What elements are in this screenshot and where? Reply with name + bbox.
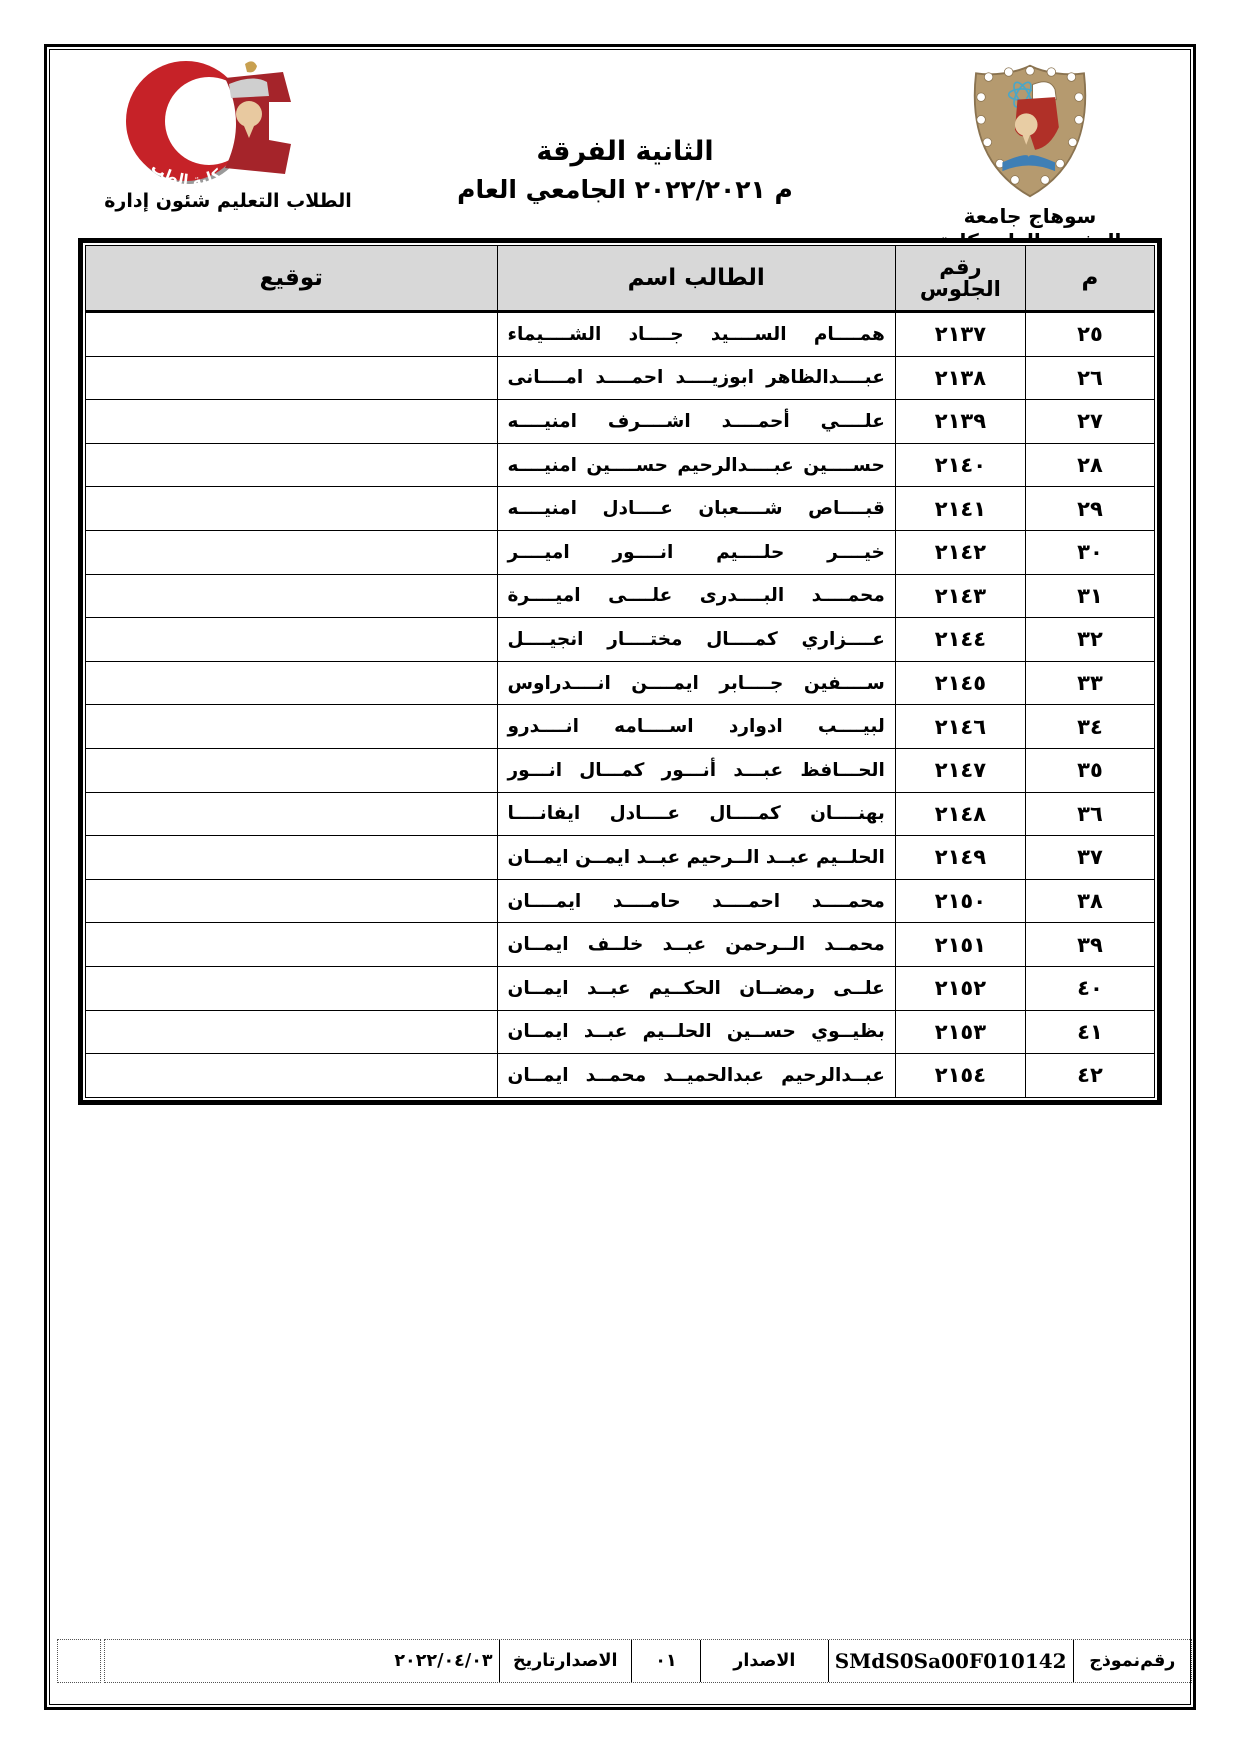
index-cell: ٣٧ <box>1025 836 1154 880</box>
student-name: ايفانــــا عــــادل كمــــال بهنــــان <box>499 803 894 824</box>
student-name-cell: امنيــــه حســــين عبــــدالرحيم حســــي… <box>497 443 895 487</box>
index-cell: ٣٤ <box>1025 705 1154 749</box>
issue-date-label: تاريخ الاصدار <box>499 1640 631 1682</box>
seat-number-cell: ٢١٤٦ <box>895 705 1025 749</box>
issue-date-value: ٢٠٢٢/٠٤/٠٣ <box>105 1640 499 1682</box>
version-label: الاصدار <box>700 1640 828 1682</box>
form-number-label: نموذج رقم <box>1073 1640 1191 1682</box>
index-cell: ٤١ <box>1025 1010 1154 1054</box>
index-cell: ٢٧ <box>1025 400 1154 444</box>
table-row: انجيــــل مختــــار كمــــال عــــزاري٢١… <box>86 618 1155 662</box>
student-name-cell: الشــــيماء جــــاد الســــيد همــــام <box>497 312 895 357</box>
university-shield-logo <box>966 62 1094 200</box>
index-cell: ٢٨ <box>1025 443 1154 487</box>
table-row: ايمــان ايمــن عبــد الــرحيم عبــد الحل… <box>86 836 1155 880</box>
index-cell: ٣٨ <box>1025 879 1154 923</box>
table-row: اميــــرة علــــى البــــدرى محمــــد٢١٤… <box>86 574 1155 618</box>
academic-year: العام الجامعي ٢٠٢٢/٢٠٢١ م <box>420 175 830 204</box>
seat-number-cell: ٢١٥٣ <box>895 1010 1025 1054</box>
signature-cell <box>86 748 498 792</box>
form-code: SMdS0Sa00F010142 <box>828 1640 1073 1682</box>
signature-cell <box>86 836 498 880</box>
table-row: امــــانى احمــــد ابوزيــــد عبــــدالظ… <box>86 356 1155 400</box>
student-name-cell: ايمــان عبــد الحكــيم رمضــان علــى <box>497 966 895 1010</box>
student-table-frame: توقيع اسم الطالب رقم الجلوس م الشــــيما… <box>78 238 1162 1105</box>
student-name: انـــور كمـــال أنـــور عبـــد الحـــافظ <box>499 760 894 781</box>
index-cell: ٤٠ <box>1025 966 1154 1010</box>
student-name-cell: انـــور كمـــال أنـــور عبـــد الحـــافظ <box>497 748 895 792</box>
seat-number-cell: ٢١٣٩ <box>895 400 1025 444</box>
student-name-cell: انــــدرو اســــامه ادوارد لبيــــب <box>497 705 895 749</box>
seat-number-cell: ٢١٥٠ <box>895 879 1025 923</box>
student-name-cell: ايمــان خلــف عبــد الــرحمن محمــد <box>497 923 895 967</box>
seat-number-cell: ٢١٤٣ <box>895 574 1025 618</box>
student-name: اميــــر انــــور حلــــيم خيــــر <box>499 542 894 563</box>
table-row: امنيــــه اشــــرف أحمــــد علــــي٢١٣٩٢… <box>86 400 1155 444</box>
seat-number-cell: ٢١٣٧ <box>895 312 1025 357</box>
signature-cell <box>86 530 498 574</box>
table-row: ايمــــان حامــــد احمــــد محمــــد٢١٥٠… <box>86 879 1155 923</box>
seat-number-cell: ٢١٥١ <box>895 923 1025 967</box>
header-title-block: الفرقة الثانية العام الجامعي ٢٠٢٢/٢٠٢١ م <box>420 136 830 204</box>
signature-cell <box>86 792 498 836</box>
student-name: انــــدراوس ايمــــن جــــابر ســــفين <box>499 673 894 694</box>
index-cell: ٢٥ <box>1025 312 1154 357</box>
table-row: الشــــيماء جــــاد الســــيد همــــام٢١… <box>86 312 1155 357</box>
index-cell: ٢٦ <box>1025 356 1154 400</box>
seat-number-cell: ٢١٥٤ <box>895 1054 1025 1098</box>
index-column-header: م <box>1025 246 1154 312</box>
seat-number-cell: ٢١٥٢ <box>895 966 1025 1010</box>
header-university-block: جامعة سوهاج كلية الطب البشرى <box>920 62 1140 254</box>
table-row: ايمــان عبــد الحكــيم رمضــان علــى٢١٥٢… <box>86 966 1155 1010</box>
student-name-cell: انــــدراوس ايمــــن جــــابر ســــفين <box>497 661 895 705</box>
table-row: انــــدرو اســــامه ادوارد لبيــــب٢١٤٦٣… <box>86 705 1155 749</box>
table-row: امنيــــه حســــين عبــــدالرحيم حســــي… <box>86 443 1155 487</box>
student-name: انجيــــل مختــــار كمــــال عــــزاري <box>499 629 894 650</box>
table-row: اميــــر انــــور حلــــيم خيــــر٢١٤٢٣٠ <box>86 530 1155 574</box>
student-table-body: الشــــيماء جــــاد الســــيد همــــام٢١… <box>86 312 1155 1098</box>
student-name-cell: ايمــان محمــد عبدالحميــد عبــدالرحيم <box>497 1054 895 1098</box>
student-name: ايمــان عبــد الحلــيم حســين بظيــوي <box>499 1021 894 1042</box>
signature-cell <box>86 574 498 618</box>
signature-cell <box>86 400 498 444</box>
student-name: امــــانى احمــــد ابوزيــــد عبــــدالظ… <box>499 367 894 388</box>
seat-number-cell: ٢١٤١ <box>895 487 1025 531</box>
seat-number-cell: ٢١٣٨ <box>895 356 1025 400</box>
signature-column-header: توقيع <box>86 246 498 312</box>
seat-number-cell: ٢١٤٨ <box>895 792 1025 836</box>
seat-number-cell: ٢١٤٠ <box>895 443 1025 487</box>
signature-cell <box>86 356 498 400</box>
footer-form-strip: ٢٠٢٢/٠٤/٠٣ تاريخ الاصدار ٠١ الاصدار SMdS… <box>104 1639 1192 1683</box>
signature-cell <box>86 966 498 1010</box>
table-row: ايفانــــا عــــادل كمــــال بهنــــان٢١… <box>86 792 1155 836</box>
student-name: امنيــــه حســــين عبــــدالرحيم حســــي… <box>499 455 894 476</box>
student-name: اميــــرة علــــى البــــدرى محمــــد <box>499 585 894 606</box>
table-row: انـــور كمـــال أنـــور عبـــد الحـــافظ… <box>86 748 1155 792</box>
table-row: ايمــان محمــد عبدالحميــد عبــدالرحيم٢١… <box>86 1054 1155 1098</box>
signature-cell <box>86 661 498 705</box>
signature-cell <box>86 443 498 487</box>
student-name: ايمــان محمــد عبدالحميــد عبــدالرحيم <box>499 1065 894 1086</box>
table-header-row: توقيع اسم الطالب رقم الجلوس م <box>86 246 1155 312</box>
student-name-cell: اميــــر انــــور حلــــيم خيــــر <box>497 530 895 574</box>
version-value: ٠١ <box>631 1640 700 1682</box>
footer-empty-box <box>57 1639 101 1683</box>
student-name-cell: امنيــــه عــــادل شــــعبان قبــــاص <box>497 487 895 531</box>
faculty-crescent-logo: جامعة سوهاج كلية الطب <box>97 56 359 184</box>
index-cell: ٣٥ <box>1025 748 1154 792</box>
student-name: ايمــان ايمــن عبــد الــرحيم عبــد الحل… <box>499 847 894 868</box>
student-name-cell: ايمــــان حامــــد احمــــد محمــــد <box>497 879 895 923</box>
index-cell: ٣٩ <box>1025 923 1154 967</box>
seat-number-cell: ٢١٤٢ <box>895 530 1025 574</box>
signature-cell <box>86 1010 498 1054</box>
student-name-cell: ايفانــــا عــــادل كمــــال بهنــــان <box>497 792 895 836</box>
student-name-cell: اميــــرة علــــى البــــدرى محمــــد <box>497 574 895 618</box>
index-cell: ٣١ <box>1025 574 1154 618</box>
seat-number-cell: ٢١٤٥ <box>895 661 1025 705</box>
student-name-cell: انجيــــل مختــــار كمــــال عــــزاري <box>497 618 895 662</box>
signature-cell <box>86 879 498 923</box>
index-cell: ٤٢ <box>1025 1054 1154 1098</box>
department-caption: إدارة شئون التعليم الطلاب <box>88 190 368 212</box>
student-name: امنيــــه عــــادل شــــعبان قبــــاص <box>499 498 894 519</box>
index-cell: ٣٣ <box>1025 661 1154 705</box>
student-name: الشــــيماء جــــاد الســــيد همــــام <box>499 324 894 345</box>
student-name: انــــدرو اســــامه ادوارد لبيــــب <box>499 716 894 737</box>
student-name-cell: ايمــان عبــد الحلــيم حســين بظيــوي <box>497 1010 895 1054</box>
student-name-cell: امنيــــه اشــــرف أحمــــد علــــي <box>497 400 895 444</box>
signature-cell <box>86 705 498 749</box>
seat-number-cell: ٢١٤٧ <box>895 748 1025 792</box>
signature-cell <box>86 1054 498 1098</box>
student-name: امنيــــه اشــــرف أحمــــد علــــي <box>499 411 894 432</box>
student-name: ايمــــان حامــــد احمــــد محمــــد <box>499 891 894 912</box>
table-row: امنيــــه عــــادل شــــعبان قبــــاص٢١٤… <box>86 487 1155 531</box>
document-page: جامعة سوهاج كلية الطب البشرى الفرقة الثا… <box>0 0 1240 1754</box>
signature-cell <box>86 923 498 967</box>
table-row: ايمــان خلــف عبــد الــرحمن محمــد٢١٥١٣… <box>86 923 1155 967</box>
table-row: ايمــان عبــد الحلــيم حســين بظيــوي٢١٥… <box>86 1010 1155 1054</box>
index-cell: ٢٩ <box>1025 487 1154 531</box>
header-department-block: جامعة سوهاج كلية الطب إدارة شئون التعليم… <box>88 56 368 212</box>
seat-number-column-header: رقم الجلوس <box>895 246 1025 312</box>
student-table: توقيع اسم الطالب رقم الجلوس م الشــــيما… <box>85 245 1155 1098</box>
index-cell: ٣٠ <box>1025 530 1154 574</box>
signature-cell <box>86 618 498 662</box>
name-column-header: اسم الطالب <box>497 246 895 312</box>
seat-number-cell: ٢١٤٩ <box>895 836 1025 880</box>
signature-cell <box>86 487 498 531</box>
student-name-cell: امــــانى احمــــد ابوزيــــد عبــــدالظ… <box>497 356 895 400</box>
index-cell: ٣٦ <box>1025 792 1154 836</box>
index-cell: ٣٢ <box>1025 618 1154 662</box>
student-name: ايمــان خلــف عبــد الــرحمن محمــد <box>499 934 894 955</box>
signature-cell <box>86 312 498 357</box>
student-name: ايمــان عبــد الحكــيم رمضــان علــى <box>499 978 894 999</box>
university-name: جامعة سوهاج <box>920 204 1140 229</box>
student-name-cell: ايمــان ايمــن عبــد الــرحيم عبــد الحل… <box>497 836 895 880</box>
table-row: انــــدراوس ايمــــن جــــابر ســــفين٢١… <box>86 661 1155 705</box>
page-title: الفرقة الثانية <box>420 136 830 167</box>
seat-number-cell: ٢١٤٤ <box>895 618 1025 662</box>
